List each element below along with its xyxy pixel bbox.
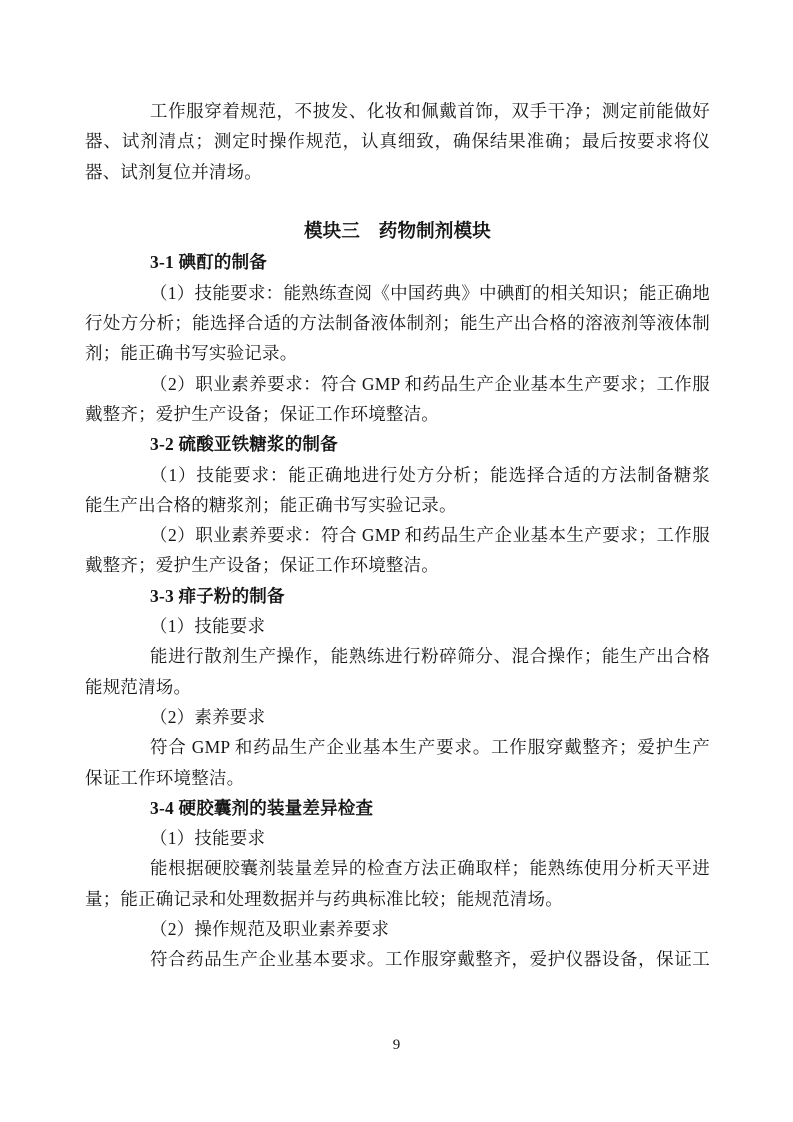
section-heading: 3-4 硬胶囊剂的装量差异检查 — [85, 793, 710, 823]
paragraph-line: 量；能正确记录和处理数据并与药典标准比较；能规范清场。 — [85, 884, 710, 914]
paragraph-line: 戴整齐；爱护生产设备；保证工作环境整洁。 — [85, 399, 710, 429]
paragraph-line: 符合药品生产企业基本要求。工作服穿戴整齐，爱护仪器设备，保证工作环 — [85, 944, 710, 974]
paragraph-line: 行处方分析；能选择合适的方法制备液体制剂；能生产出合格的溶液剂等液体制 — [85, 308, 710, 338]
paragraph-line: （1）技能要求：能熟练查阅《中国药典》中碘酊的相关知识；能正确地进 — [85, 278, 710, 308]
paragraph-line: （1）技能要求 — [85, 823, 710, 853]
paragraph-line: 能根据硬胶囊剂装量差异的检查方法正确取样；能熟练使用分析天平进行称 — [85, 853, 710, 883]
paragraph-line: （1）技能要求 — [85, 611, 710, 641]
paragraph-line: 符合 GMP 和药品生产企业基本生产要求。工作服穿戴整齐；爱护生产设备； — [85, 732, 710, 762]
blank-line — [85, 187, 710, 217]
document-page: 工作服穿着规范，不披发、化妆和佩戴首饰，双手干净；测定前能做好仪器、试剂清点；测… — [0, 0, 793, 1122]
page-number: 9 — [0, 1035, 793, 1055]
paragraph-line: （1）技能要求：能正确地进行处方分析；能选择合适的方法制备糖浆剂； — [85, 460, 710, 490]
paragraph-line: （2）职业素养要求：符合 GMP 和药品生产企业基本生产要求；工作服穿 — [85, 520, 710, 550]
paragraph-line: （2）素养要求 — [85, 702, 710, 732]
paragraph-line: 剂；能正确书写实验记录。 — [85, 338, 710, 368]
document-body: 工作服穿着规范，不披发、化妆和佩戴首饰，双手干净；测定前能做好仪器、试剂清点；测… — [85, 96, 710, 975]
paragraph-line: 能生产出合格的糖浆剂；能正确书写实验记录。 — [85, 490, 710, 520]
paragraph-line: 能规范清场。 — [85, 672, 710, 702]
paragraph-line: 能进行散剂生产操作，能熟练进行粉碎筛分、混合操作；能生产出合格散剂； — [85, 641, 710, 671]
paragraph-line: 保证工作环境整洁。 — [85, 763, 710, 793]
paragraph-line: （2）职业素养要求：符合 GMP 和药品生产企业基本生产要求；工作服穿 — [85, 369, 710, 399]
paragraph-line: 戴整齐；爱护生产设备；保证工作环境整洁。 — [85, 550, 710, 580]
paragraph-line: 器、试剂清点；测定时操作规范，认真细致，确保结果准确；最后按要求将仪 — [85, 126, 710, 156]
section-heading: 3-3 痱子粉的制备 — [85, 581, 710, 611]
paragraph-line: 工作服穿着规范，不披发、化妆和佩戴首饰，双手干净；测定前能做好仪 — [85, 96, 710, 126]
paragraph-line: （2）操作规范及职业素养要求 — [85, 914, 710, 944]
module-heading: 模块三 药物制剂模块 — [85, 217, 710, 247]
paragraph-line: 器、试剂复位并清场。 — [85, 157, 710, 187]
section-heading: 3-1 碘酊的制备 — [85, 247, 710, 277]
section-heading: 3-2 硫酸亚铁糖浆的制备 — [85, 429, 710, 459]
